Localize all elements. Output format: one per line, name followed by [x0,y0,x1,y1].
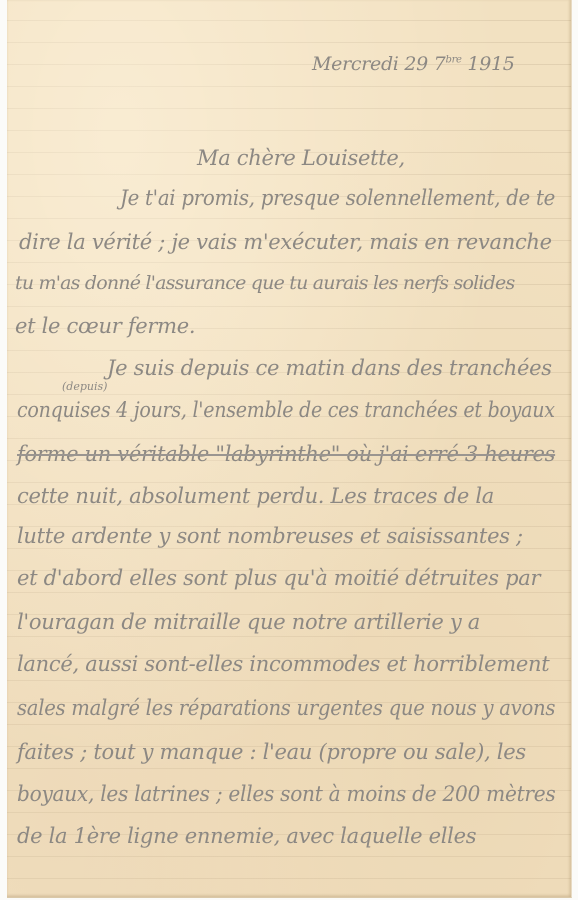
letter-date: Mercredi 29 7bre 1915 [312,55,515,74]
letter-line-3: tu m'as donné l'assurance que tu aurais … [15,274,514,293]
letter-line-14: faites ; tout y manque : l'eau (propre o… [17,742,526,763]
letter-line-8: cette nuit, absolument perdu. Les traces… [17,486,494,507]
letter-line-6: conquises 4 jours, l'ensemble de ces tra… [17,400,555,421]
salutation: Ma chère Louisette, [197,148,405,169]
date-year: 1915 [467,53,514,75]
insertion-depuis: (depuis) [62,380,107,393]
letter-line-10: et d'abord elles sont plus qu'à moitié d… [17,568,540,589]
letter-line-1: Je t'ai promis, presque solennellement, … [120,188,555,209]
letter-page: Mercredi 29 7bre 1915 Ma chère Louisette… [7,0,572,898]
letter-line-16: de la 1ère ligne ennemie, avec laquelle … [17,826,476,847]
letter-line-13: sales malgré les réparations urgentes qu… [17,698,555,719]
letter-line-15: boyaux, les latrines ; elles sont à moin… [17,784,555,805]
letter-line-11: l'ouragan de mitraille que notre artille… [17,612,480,633]
letter-line-5: Je suis depuis ce matin dans des tranché… [107,358,552,379]
letter-line-9: lutte ardente y sont nombreuses et saisi… [17,526,523,547]
letter-line-7-struck: forme un véritable "labyrinthe" où j'ai … [17,444,555,465]
date-day: 29 [404,53,428,75]
date-weekday: Mercredi [312,53,399,75]
letter-line-2: dire la vérité ; je vais m'exécuter, mai… [19,232,552,253]
letter-line-4: et le cœur ferme. [15,316,195,337]
date-month: 7bre [434,53,462,75]
letter-line-12: lancé, aussi sont-elles incommodes et ho… [17,654,549,675]
